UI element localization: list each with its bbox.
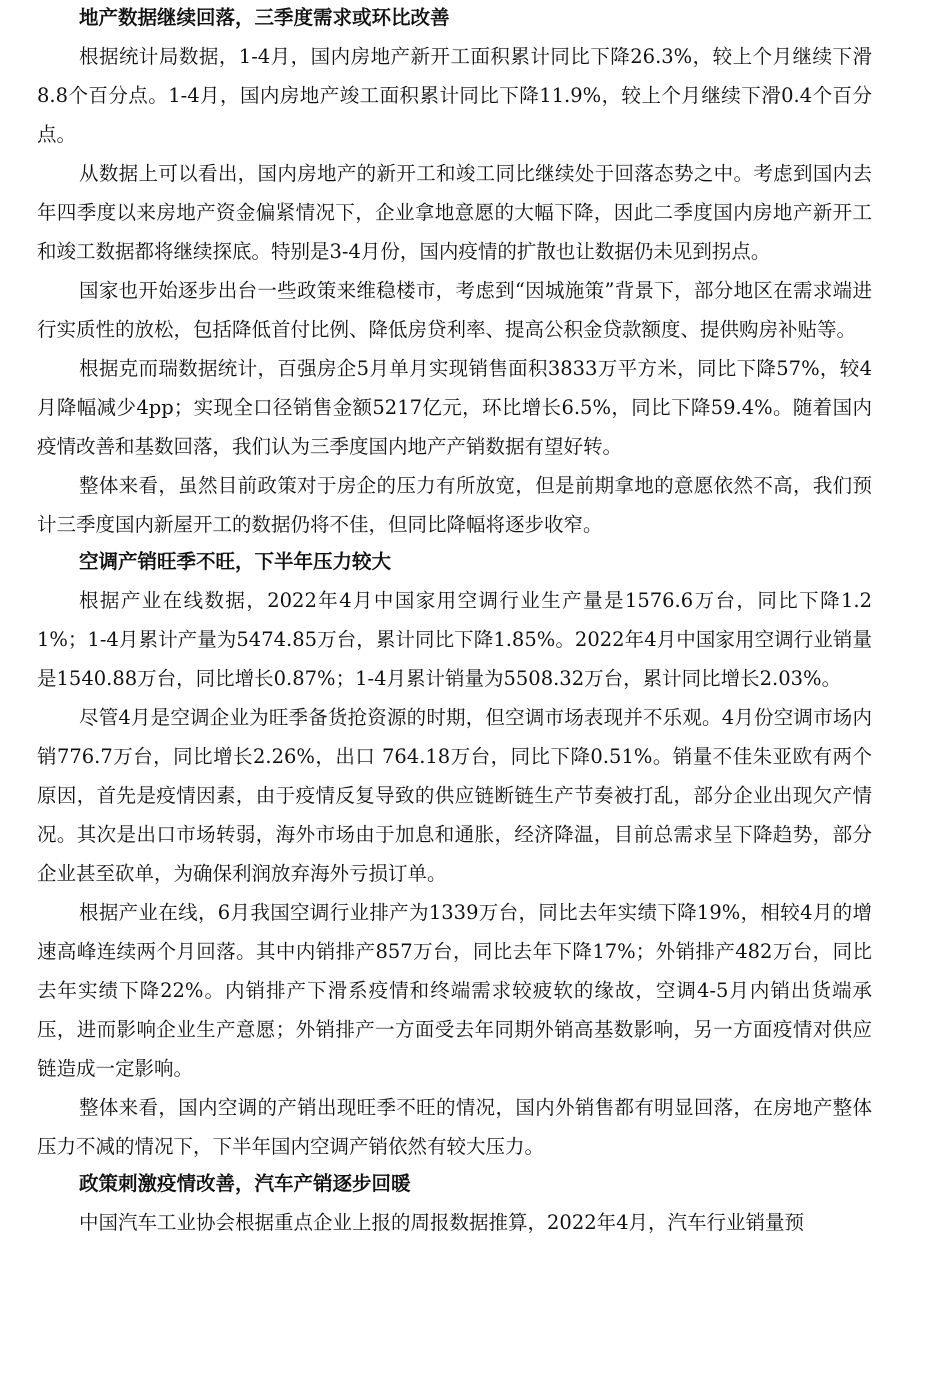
paragraph: 根据克而瑞数据统计，百强房企5月单月实现销售面积3833万平方米，同比下降57%… — [37, 349, 872, 466]
paragraph: 从数据上可以看出，国内房地产的新开工和竣工同比继续处于回落态势之中。考虑到国内去… — [37, 154, 872, 271]
section-heading: 地产数据继续回落，三季度需求或环比改善 — [37, 0, 872, 37]
section-real-estate: 地产数据继续回落，三季度需求或环比改善 根据统计局数据，1-4月，国内房地产新开… — [37, 0, 872, 544]
section-heading: 空调产销旺季不旺，下半年压力较大 — [37, 544, 872, 581]
paragraph: 根据产业在线，6月我国空调行业排产为1339万台，同比去年实绩下降19%，相较4… — [37, 893, 872, 1088]
document-page: 地产数据继续回落，三季度需求或环比改善 根据统计局数据，1-4月，国内房地产新开… — [37, 0, 872, 1242]
paragraph: 根据产业在线数据，2022年4月中国家用空调行业生产量是1576.6万台，同比下… — [37, 581, 872, 698]
section-automotive: 政策刺激疫情改善，汽车产销逐步回暖 中国汽车工业协会根据重点企业上报的周报数据推… — [37, 1166, 872, 1242]
paragraph: 尽管4月是空调企业为旺季备货抢资源的时期，但空调市场表现并不乐观。4月份空调市场… — [37, 698, 872, 893]
paragraph: 国家也开始逐步出台一些政策来维稳楼市，考虑到“因城施策”背景下，部分地区在需求端… — [37, 271, 872, 349]
paragraph: 整体来看，虽然目前政策对于房企的压力有所放宽，但是前期拿地的意愿依然不高，我们预… — [37, 466, 872, 544]
paragraph: 根据统计局数据，1-4月，国内房地产新开工面积累计同比下降26.3%，较上个月继… — [37, 37, 872, 154]
paragraph: 整体来看，国内空调的产销出现旺季不旺的情况，国内外销售都有明显回落，在房地产整体… — [37, 1088, 872, 1166]
section-heading: 政策刺激疫情改善，汽车产销逐步回暖 — [37, 1166, 872, 1203]
section-air-conditioning: 空调产销旺季不旺，下半年压力较大 根据产业在线数据，2022年4月中国家用空调行… — [37, 544, 872, 1166]
paragraph: 中国汽车工业协会根据重点企业上报的周报数据推算，2022年4月，汽车行业销量预 — [37, 1203, 872, 1242]
